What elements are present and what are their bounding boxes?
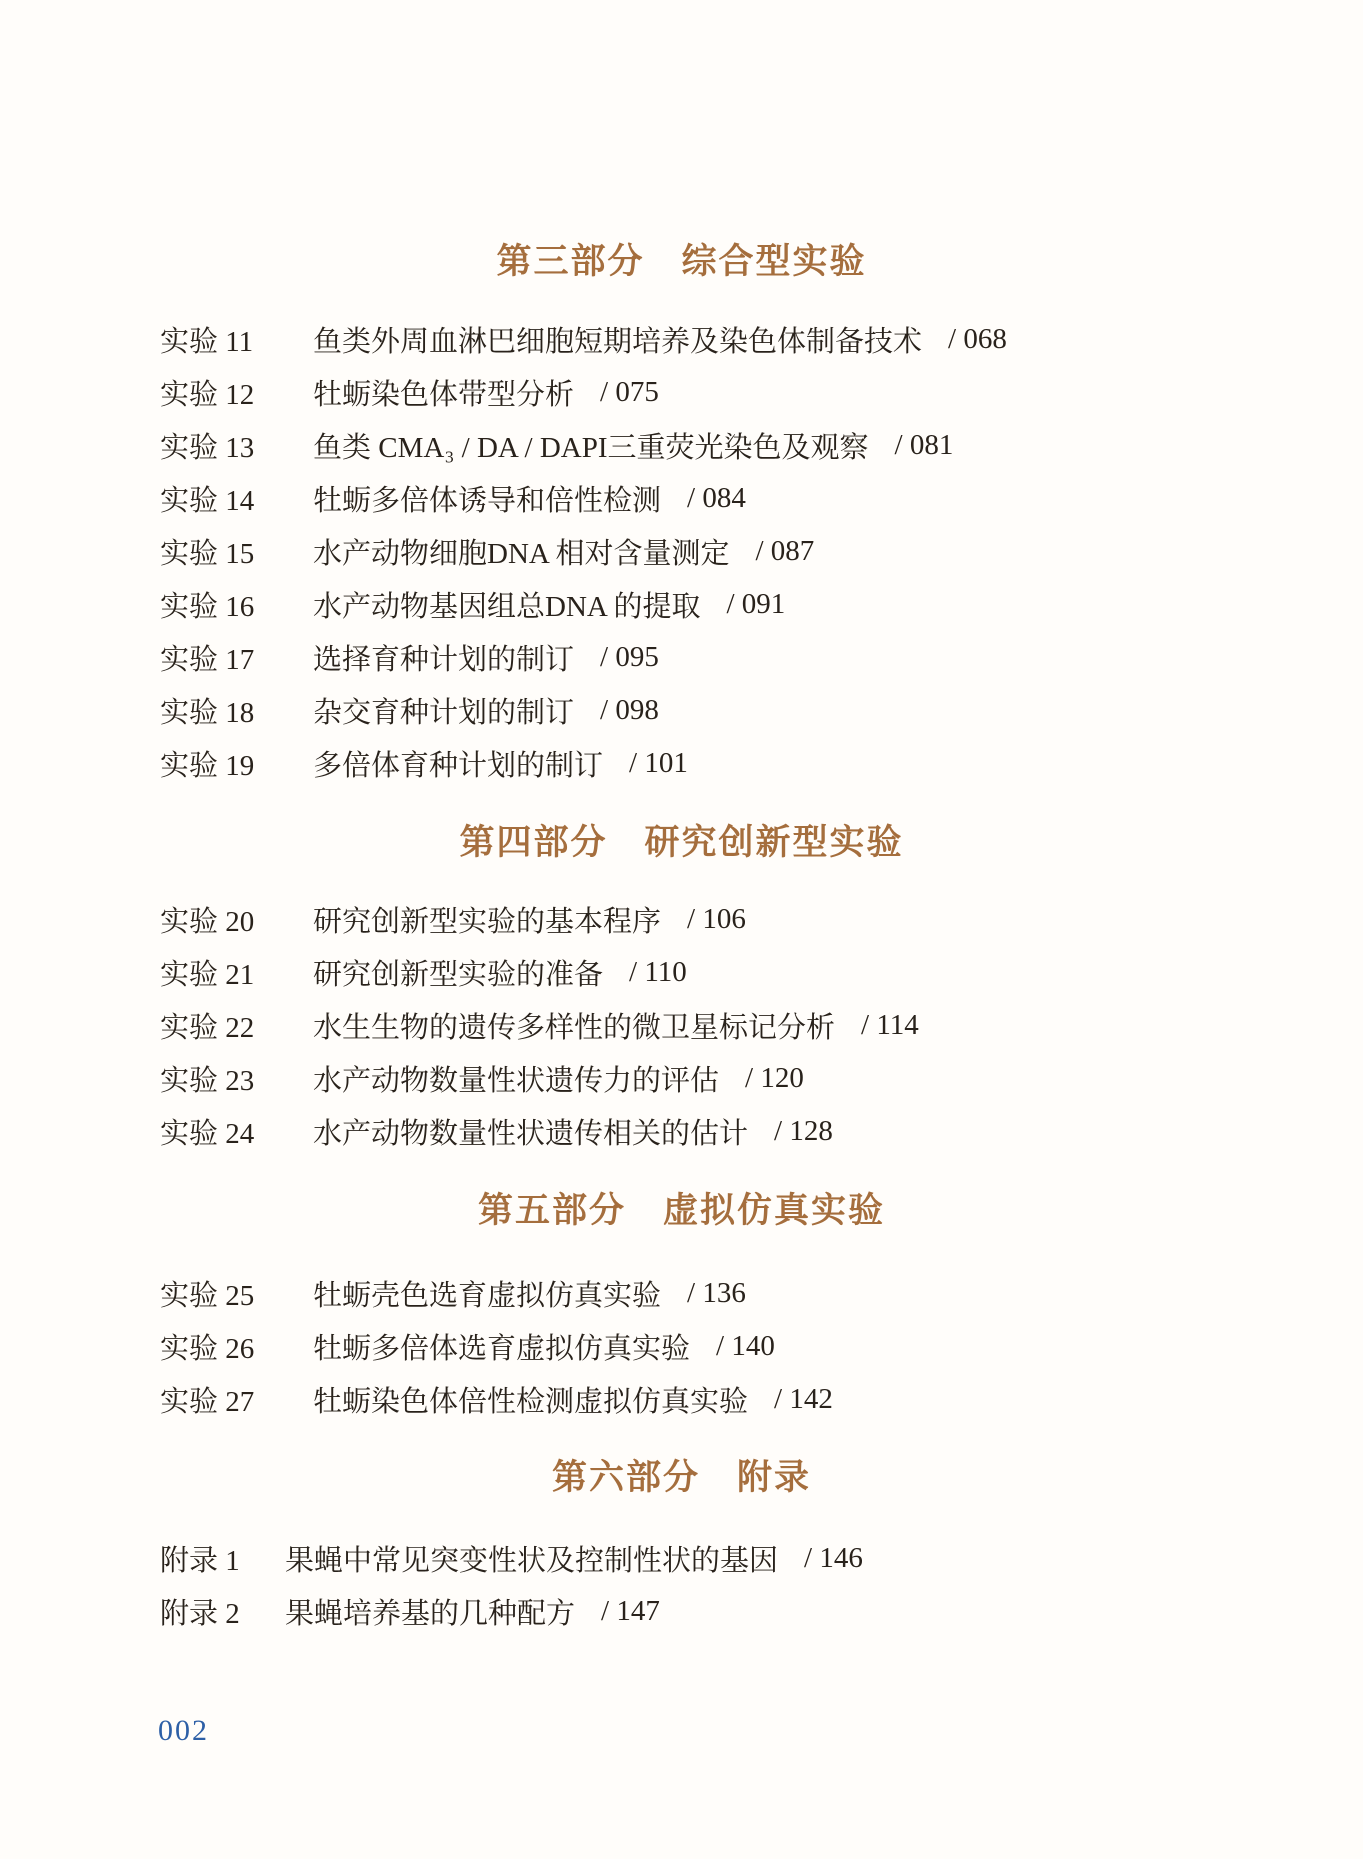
- entry-page-ref: / 142: [774, 1383, 833, 1416]
- entry-title: 水产动物细胞DNA 相对含量测定: [313, 531, 729, 572]
- entry-label: 实验 20: [160, 899, 313, 940]
- toc-entry: 实验 20 研究创新型实验的基本程序 / 106: [160, 893, 1243, 946]
- entry-title: 选择育种计划的制订: [313, 637, 574, 678]
- entry-title: 果蝇培养基的几种配方: [285, 1591, 575, 1632]
- toc-entry: 实验 19 多倍体育种计划的制订 / 101: [160, 737, 1243, 790]
- toc-entry: 实验 27 牡蛎染色体倍性检测虚拟仿真实验 / 142: [160, 1373, 1243, 1426]
- entry-label: 实验 26: [160, 1326, 313, 1367]
- toc-entry: 实验 13 鱼类 CMA₃ / DA / DAPI三重荧光染色及观察 / 081: [160, 419, 1243, 472]
- toc-entry: 实验 11 鱼类外周血淋巴细胞短期培养及染色体制备技术 / 068: [160, 313, 1243, 366]
- entry-page-ref: / 106: [687, 903, 746, 936]
- entry-page-ref: / 084: [687, 482, 746, 515]
- entry-title: 鱼类 CMA₃ / DA / DAPI三重荧光染色及观察: [313, 425, 869, 466]
- entry-page-ref: / 087: [755, 535, 814, 568]
- entry-label: 实验 25: [160, 1273, 313, 1314]
- entry-page-ref: / 140: [716, 1330, 775, 1363]
- entry-page-ref: / 091: [726, 588, 785, 621]
- entry-label: 附录 1: [160, 1538, 285, 1579]
- entry-page-ref: / 081: [895, 429, 954, 462]
- toc-entry: 附录 1 果蝇中常见突变性状及控制性状的基因 / 146: [160, 1532, 1243, 1585]
- toc-entry: 实验 22 水生生物的遗传多样性的微卫星标记分析 / 114: [160, 999, 1243, 1052]
- entry-label: 实验 14: [160, 478, 313, 519]
- entry-label: 实验 12: [160, 372, 313, 413]
- toc-entry: 实验 17 选择育种计划的制订 / 095: [160, 631, 1243, 684]
- toc-entry: 实验 14 牡蛎多倍体诱导和倍性检测 / 084: [160, 472, 1243, 525]
- entry-page-ref: / 095: [600, 641, 659, 674]
- entry-label: 实验 18: [160, 690, 313, 731]
- entry-page-ref: / 147: [601, 1595, 660, 1628]
- entry-title: 牡蛎多倍体选育虚拟仿真实验: [313, 1326, 690, 1367]
- entry-title: 牡蛎多倍体诱导和倍性检测: [313, 478, 661, 519]
- entry-page-ref: / 146: [804, 1542, 863, 1575]
- entry-title: 果蝇中常见突变性状及控制性状的基因: [285, 1538, 778, 1579]
- entry-page-ref: / 110: [629, 956, 687, 989]
- entry-title: 水产动物基因组总DNA 的提取: [313, 584, 700, 625]
- toc-entry: 实验 15 水产动物细胞DNA 相对含量测定 / 087: [160, 525, 1243, 578]
- toc-page: 第三部分 综合型实验 实验 11 鱼类外周血淋巴细胞短期培养及染色体制备技术 /…: [0, 0, 1363, 1859]
- toc-entry: 实验 21 研究创新型实验的准备 / 110: [160, 946, 1243, 999]
- entry-title: 水生生物的遗传多样性的微卫星标记分析: [313, 1005, 835, 1046]
- toc-entry: 实验 25 牡蛎壳色选育虚拟仿真实验 / 136: [160, 1267, 1243, 1320]
- entry-label: 实验 16: [160, 584, 313, 625]
- entry-label: 实验 13: [160, 425, 313, 466]
- entry-label: 实验 21: [160, 952, 313, 993]
- entry-page-ref: / 075: [600, 376, 659, 409]
- entry-label: 实验 15: [160, 531, 313, 572]
- entry-title: 牡蛎染色体倍性检测虚拟仿真实验: [313, 1379, 748, 1420]
- section-heading-part5: 第五部分 虚拟仿真实验: [0, 1189, 1363, 1233]
- toc-entry: 实验 16 水产动物基因组总DNA 的提取 / 091: [160, 578, 1243, 631]
- section-heading-part4: 第四部分 研究创新型实验: [0, 821, 1363, 865]
- toc-entry: 附录 2 果蝇培养基的几种配方 / 147: [160, 1585, 1243, 1638]
- entry-label: 实验 19: [160, 743, 313, 784]
- page-number: 002: [158, 1714, 1363, 1748]
- entry-title: 鱼类外周血淋巴细胞短期培养及染色体制备技术: [313, 319, 922, 360]
- entry-label: 实验 17: [160, 637, 313, 678]
- entry-title: 牡蛎壳色选育虚拟仿真实验: [313, 1273, 661, 1314]
- entry-page-ref: / 136: [687, 1277, 746, 1310]
- section-entries-part3: 实验 11 鱼类外周血淋巴细胞短期培养及染色体制备技术 / 068 实验 12 …: [160, 313, 1243, 790]
- entry-label: 实验 23: [160, 1058, 313, 1099]
- entry-label: 实验 11: [160, 319, 313, 360]
- section-entries-part6: 附录 1 果蝇中常见突变性状及控制性状的基因 / 146 附录 2 果蝇培养基的…: [160, 1532, 1243, 1638]
- entry-page-ref: / 098: [600, 694, 659, 727]
- toc-entry: 实验 26 牡蛎多倍体选育虚拟仿真实验 / 140: [160, 1320, 1243, 1373]
- table-of-contents: 第三部分 综合型实验 实验 11 鱼类外周血淋巴细胞短期培养及染色体制备技术 /…: [0, 0, 1363, 1748]
- entry-page-ref: / 128: [774, 1115, 833, 1148]
- entry-page-ref: / 068: [948, 323, 1007, 356]
- entry-label: 附录 2: [160, 1591, 285, 1632]
- entry-title: 杂交育种计划的制订: [313, 690, 574, 731]
- entry-label: 实验 24: [160, 1111, 313, 1152]
- toc-entry: 实验 24 水产动物数量性状遗传相关的估计 / 128: [160, 1105, 1243, 1158]
- section-heading-part6: 第六部分 附录: [0, 1456, 1363, 1500]
- toc-entry: 实验 23 水产动物数量性状遗传力的评估 / 120: [160, 1052, 1243, 1105]
- entry-title: 牡蛎染色体带型分析: [313, 372, 574, 413]
- entry-page-ref: / 114: [861, 1009, 919, 1042]
- entry-title: 水产动物数量性状遗传相关的估计: [313, 1111, 748, 1152]
- entry-title: 研究创新型实验的基本程序: [313, 899, 661, 940]
- entry-label: 实验 27: [160, 1379, 313, 1420]
- section-entries-part5: 实验 25 牡蛎壳色选育虚拟仿真实验 / 136 实验 26 牡蛎多倍体选育虚拟…: [160, 1267, 1243, 1426]
- entry-title: 水产动物数量性状遗传力的评估: [313, 1058, 719, 1099]
- section-heading-part3: 第三部分 综合型实验: [0, 240, 1363, 284]
- toc-entry: 实验 12 牡蛎染色体带型分析 / 075: [160, 366, 1243, 419]
- section-entries-part4: 实验 20 研究创新型实验的基本程序 / 106 实验 21 研究创新型实验的准…: [160, 893, 1243, 1158]
- entry-page-ref: / 120: [745, 1062, 804, 1095]
- entry-title: 研究创新型实验的准备: [313, 952, 603, 993]
- entry-title: 多倍体育种计划的制订: [313, 743, 603, 784]
- entry-label: 实验 22: [160, 1005, 313, 1046]
- entry-page-ref: / 101: [629, 747, 688, 780]
- toc-entry: 实验 18 杂交育种计划的制订 / 098: [160, 684, 1243, 737]
